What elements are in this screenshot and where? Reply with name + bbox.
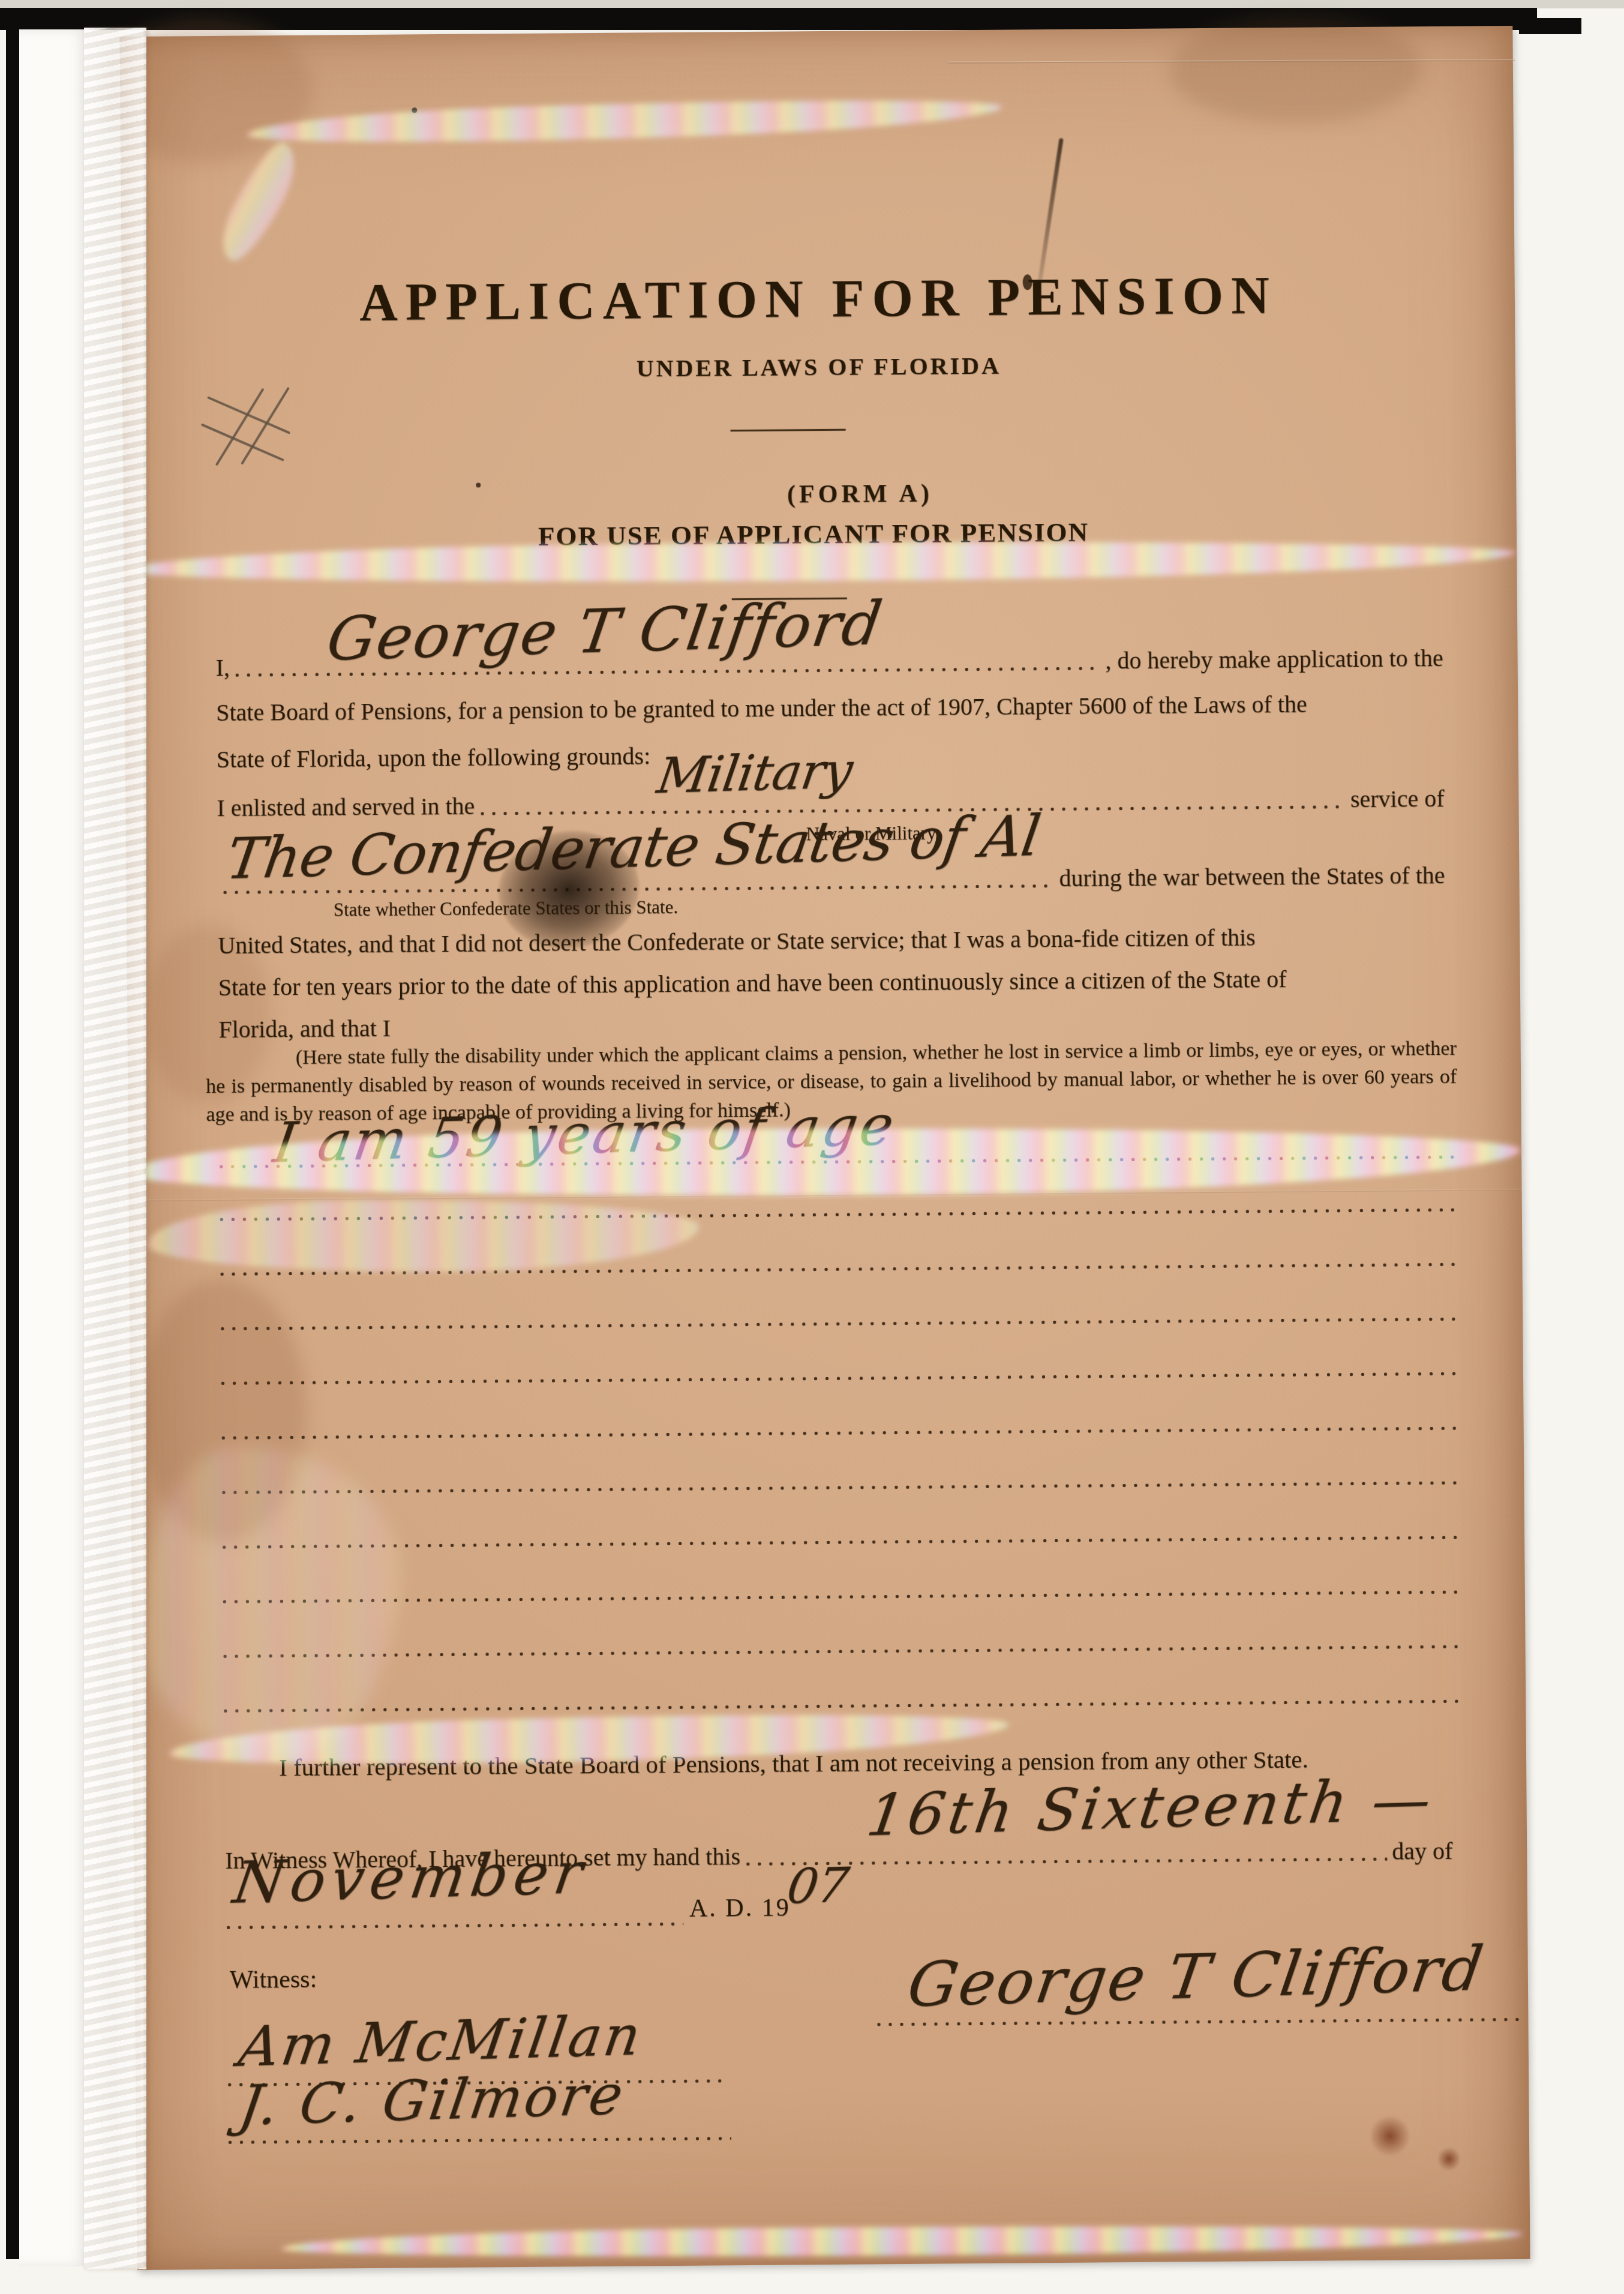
enlisted-prefix: I enlisted and served in the xyxy=(217,793,475,822)
body-line-3: Florida, and that I xyxy=(218,1014,391,1043)
blank-dotted-line xyxy=(223,1644,1460,1659)
blank-dotted-line xyxy=(220,1317,1457,1332)
year-handwritten: 07 xyxy=(784,1857,852,1915)
opening-suffix: , do hereby make application to the xyxy=(1105,645,1443,674)
pension-form-page: APPLICATION FOR PENSION UNDER LAWS OF FL… xyxy=(119,26,1530,2270)
enlisted-suffix: service of xyxy=(1350,785,1445,813)
state-caption: State whether Confederate States or this… xyxy=(334,896,678,921)
witness-suffix: day of xyxy=(1392,1838,1452,1866)
scanner-black-edge-left xyxy=(6,8,19,2259)
state-suffix: during the war between the States of the xyxy=(1059,862,1445,892)
witness-signature-2: J. C. Gilmore xyxy=(235,2062,629,2138)
blank-ruled-lines xyxy=(219,1207,1460,1763)
ink-speck xyxy=(1023,274,1032,290)
brown-spot xyxy=(1371,2113,1410,2158)
scanner-black-sliver-top-right xyxy=(1519,18,1581,34)
scanner-top-strip xyxy=(0,0,1624,8)
form-title: APPLICATION FOR PENSION xyxy=(122,263,1515,335)
pencil-stroke xyxy=(201,423,284,461)
blank-dotted-line xyxy=(220,1371,1457,1386)
scanned-pension-document: APPLICATION FOR PENSION UNDER LAWS OF FL… xyxy=(0,0,1624,2294)
opening-prefix: I, xyxy=(216,655,230,682)
pencil-hash-mark xyxy=(200,379,292,478)
form-label: (FORM A) xyxy=(787,479,933,509)
month-handwritten: November xyxy=(229,1839,593,1917)
blank-dotted-line xyxy=(221,1426,1458,1441)
year-prefix: A. D. 19 xyxy=(689,1893,791,1923)
brown-spot xyxy=(1438,2146,1460,2172)
opening-line-3: State of Florida, upon the following gro… xyxy=(217,742,651,773)
plastic-sleeve-strip xyxy=(84,28,146,2269)
witness-label: Witness: xyxy=(230,1965,317,1995)
blank-dotted-line xyxy=(221,1480,1458,1495)
blank-dotted-line xyxy=(222,1590,1459,1605)
backing-paper-strip xyxy=(19,29,90,2266)
blank-dotted-line xyxy=(221,1535,1458,1550)
pencil-stroke xyxy=(215,388,265,466)
blank-dotted-line xyxy=(223,1699,1460,1714)
ink-speck xyxy=(476,482,481,487)
